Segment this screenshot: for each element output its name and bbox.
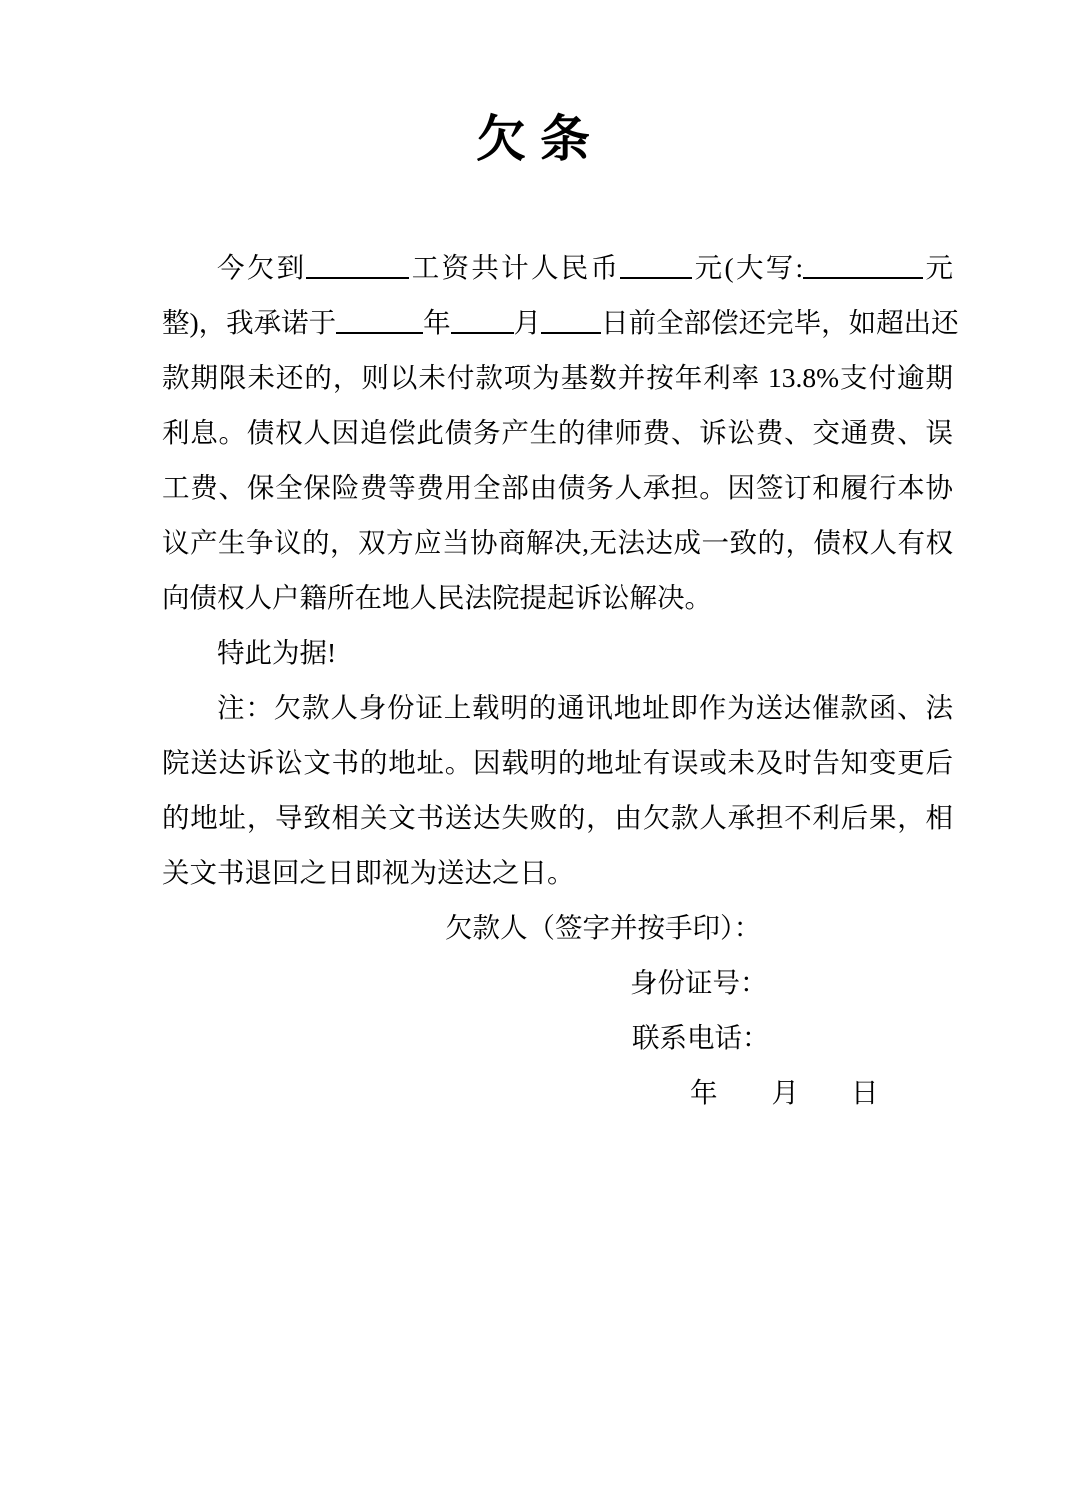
note-line-4: 关文书退回之日即视为送达之日。 — [162, 845, 953, 900]
body-line-5: 工费、保全保险费等费用全部由债务人承担。因签订和履行本协 — [162, 460, 953, 515]
text-segment: 向债权人户籍所在地人民法院提起诉讼解决。 — [162, 582, 712, 613]
text-segment: 年 — [690, 1077, 718, 1108]
text-segment: 利息。债权人因追偿此债务产生的律师费、诉讼费、交通费、误 — [162, 417, 953, 448]
document-page: 欠条 今欠到工资共计人民币元(大写:元整)，我承诺于年月日前全部偿还完毕，如超出… — [0, 0, 1080, 1501]
text-segment: 注：欠款人身份证上载明的通讯地址即作为送达催款函、法 — [217, 692, 953, 723]
note-line-3: 的地址，导致相关文书送达失败的，由欠款人承担不利后果，相 — [162, 790, 953, 845]
text-segment: 特此为据! — [217, 637, 336, 668]
text-segment: 工资共计人民币 — [409, 252, 620, 283]
spacer — [718, 1101, 772, 1102]
note-line-2: 院送达诉讼文书的地址。因载明的地址有误或未及时告知变更后 — [162, 735, 953, 790]
date-line: 年月日 — [162, 1065, 953, 1120]
blank-underline — [451, 304, 514, 334]
document-body: 今欠到工资共计人民币元(大写:元整)，我承诺于年月日前全部偿还完毕，如超出还款期… — [0, 240, 953, 1120]
document-title: 欠条 — [0, 0, 1080, 178]
body-line-1: 今欠到工资共计人民币元(大写:元 — [162, 240, 953, 295]
body-line-2: 整)，我承诺于年月日前全部偿还完毕，如超出还 — [162, 295, 953, 350]
body-line-7: 向债权人户籍所在地人民法院提起诉讼解决。 — [162, 570, 953, 625]
text-segment: 月 — [772, 1077, 800, 1108]
text-segment: 院送达诉讼文书的地址。因载明的地址有误或未及时告知变更后 — [162, 747, 953, 778]
blank-underline — [306, 249, 409, 279]
attestation-line: 特此为据! — [162, 625, 953, 680]
text-segment: 欠款人（签字并按手印）： — [445, 912, 761, 943]
text-segment: 关文书退回之日即视为送达之日。 — [162, 857, 575, 888]
text-segment: 元(大写: — [692, 252, 803, 283]
text-segment: 身份证号： — [630, 967, 768, 998]
blank-underline — [541, 304, 601, 334]
blank-underline — [620, 249, 692, 279]
blank-underline — [803, 249, 923, 279]
blank-underline — [336, 304, 423, 334]
text-segment: 年 — [423, 307, 451, 338]
text-segment: 日 — [851, 1077, 879, 1108]
text-segment: 工费、保全保险费等费用全部由债务人承担。因签订和履行本协 — [162, 472, 953, 503]
signer-line: 欠款人（签字并按手印）： — [162, 900, 953, 955]
text-segment: 月 — [514, 307, 542, 338]
text-segment: 元 — [923, 252, 953, 283]
text-segment: 议产生争议的，双方应当协商解决,无法达成一致的，债权人有权 — [162, 527, 953, 558]
text-segment: 的地址，导致相关文书送达失败的，由欠款人承担不利后果，相 — [162, 802, 953, 833]
text-segment: 整)，我承诺于 — [162, 307, 336, 338]
phone-line: 联系电话： — [162, 1010, 953, 1065]
body-line-4: 利息。债权人因追偿此债务产生的律师费、诉讼费、交通费、误 — [162, 405, 953, 460]
text-segment: 今欠到 — [217, 252, 306, 283]
text-segment: 款期限未还的，则以未付款项为基数并按年利率 13.8%支付逾期 — [162, 362, 953, 393]
note-line-1: 注：欠款人身份证上载明的通讯地址即作为送达催款函、法 — [162, 680, 953, 735]
body-line-3: 款期限未还的，则以未付款项为基数并按年利率 13.8%支付逾期 — [162, 350, 953, 405]
body-line-6: 议产生争议的，双方应当协商解决,无法达成一致的，债权人有权 — [162, 515, 953, 570]
text-segment: 联系电话： — [632, 1022, 770, 1053]
spacer — [799, 1101, 851, 1102]
id-number-line: 身份证号： — [162, 955, 953, 1010]
text-segment: 日前全部偿还完毕，如超出还 — [601, 307, 959, 338]
